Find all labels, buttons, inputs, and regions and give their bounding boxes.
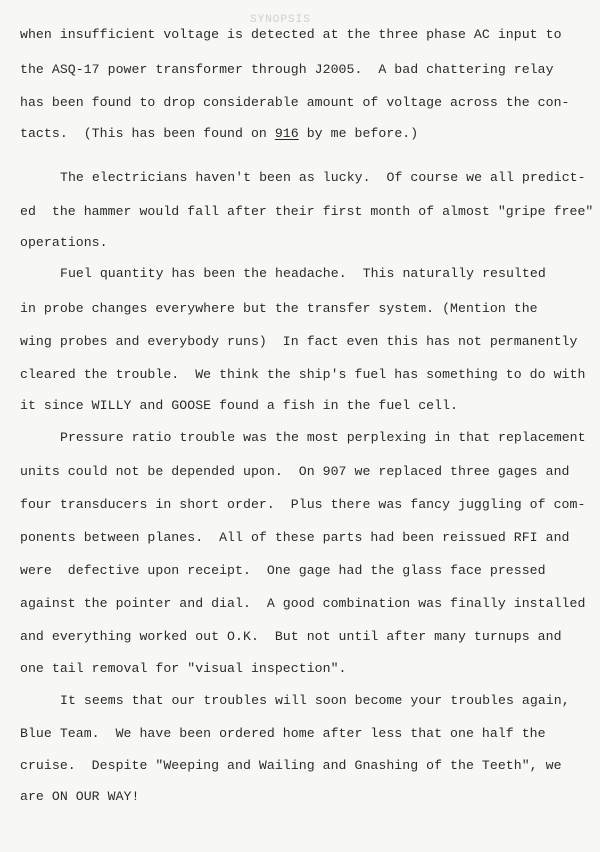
text-line: are ON OUR WAY! — [20, 789, 139, 805]
text-line: operations. — [20, 235, 108, 251]
text-line: Fuel quantity has been the headache. Thi… — [60, 266, 546, 282]
document-page: SYNOPSIS when insufficient voltage is de… — [0, 0, 600, 852]
bleed-through-text: SYNOPSIS — [250, 14, 311, 26]
text-line: It seems that our troubles will soon bec… — [60, 693, 570, 709]
text-line: Blue Team. We have been ordered home aft… — [20, 726, 546, 742]
text-segment: tacts. (This has been found on — [20, 126, 275, 141]
text-line: ponents between planes. All of these par… — [20, 530, 570, 546]
text-line: tacts. (This has been found on 916 by me… — [20, 126, 418, 142]
text-line: has been found to drop considerable amou… — [20, 95, 570, 111]
text-line: wing probes and everybody runs) In fact … — [20, 334, 577, 350]
text-segment: by me before.) — [299, 126, 418, 141]
text-line: The electricians haven't been as lucky. … — [60, 170, 586, 186]
text-line: in probe changes everywhere but the tran… — [20, 301, 538, 317]
text-line: cleared the trouble. We think the ship's… — [20, 367, 585, 383]
text-line: units could not be depended upon. On 907… — [20, 464, 570, 480]
text-line: four transducers in short order. Plus th… — [20, 497, 585, 513]
text-line: one tail removal for "visual inspection"… — [20, 661, 347, 677]
text-line: when insufficient voltage is detected at… — [20, 27, 562, 43]
text-line: ed the hammer would fall after their fir… — [20, 204, 593, 220]
text-line: the ASQ-17 power transformer through J20… — [20, 62, 554, 78]
text-line: Pressure ratio trouble was the most perp… — [60, 430, 586, 446]
text-line: against the pointer and dial. A good com… — [20, 596, 585, 612]
text-line: cruise. Despite "Weeping and Wailing and… — [20, 758, 562, 774]
text-line: and everything worked out O.K. But not u… — [20, 629, 562, 645]
aircraft-number-underlined: 916 — [275, 126, 299, 141]
text-line: it since WILLY and GOOSE found a fish in… — [20, 398, 458, 414]
text-line: were defective upon receipt. One gage ha… — [20, 563, 546, 579]
